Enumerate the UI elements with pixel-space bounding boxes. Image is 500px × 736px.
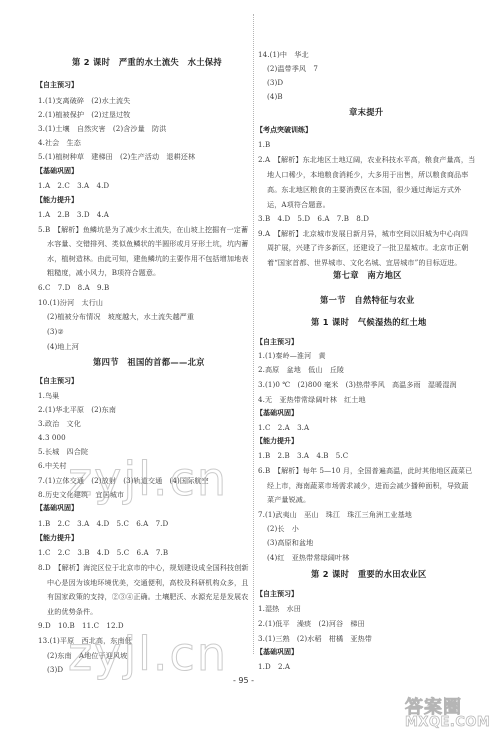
answer-line: 6.C 7.D 8.A 9.B: [38, 283, 109, 292]
answer-line: 1.B 2.C 3.A 4.D 5.C 6.A 7.D: [38, 519, 168, 528]
answer-line: 2.(1)植被保护 (2)过垦过牧: [38, 110, 130, 119]
answer-line: 3.(1)0 ℃ (2)800 毫米 (3)热带季风 高温多雨 湿暖湿润: [258, 380, 457, 389]
explanation-line: 8.D 【解析】海淀区位于北京市的中心，规划建设成全国科技创新: [38, 563, 249, 572]
answer-line: 1.湿热 水田: [258, 604, 301, 613]
watermark-logo-en: MXQE.COM: [405, 715, 490, 730]
chapter-review-title: 章末提升: [349, 107, 383, 118]
answer-line: 14.(1)中 华北: [258, 50, 309, 59]
explanation-line: 地人口稀少，本地粮食消耗少，大多用于出售，所以粮食商品率: [267, 170, 468, 179]
watermark-logo-cn: 答案圈: [405, 693, 462, 719]
answer-line: 3.政治 文化: [38, 419, 81, 428]
answer-line: 7.(1)武夷山 巫山 珠江 珠江三角洲工业基地: [258, 510, 412, 519]
explanation-line: 水，植树造林。由此可知，建鱼鳞坑的主要作用不包括增加地表: [47, 254, 248, 263]
lesson-title: 第 2 课时 重要的水田农业区: [311, 569, 427, 580]
answer-line: (4)地上河: [47, 342, 79, 351]
answer-line: 10.(1)汾河 太行山: [38, 298, 103, 307]
section-heading: 【考点突破训练】: [256, 126, 312, 135]
answer-line: (4)红 亚热带常绿阔叶林: [267, 553, 349, 562]
answer-line: 1.鸟巢: [38, 391, 59, 400]
explanation-line: 经上市，海南蔬菜市场需求减少，进而会减少播种面积，导致蔬: [267, 481, 468, 490]
answer-line: 1.B 2.B 3.A 4.B 5.C: [258, 451, 348, 460]
answer-line: (3)②: [47, 327, 64, 336]
section-heading: 【能力提升】: [36, 534, 78, 543]
answer-line: 6.中关村: [38, 461, 67, 470]
lesson-title: 第 2 课时 严重的水土流失 水土保持: [72, 57, 222, 68]
answer-line: 8.历史文化建筑 宜居城市: [38, 490, 124, 499]
explanation-line: 6.B 【解析】每年 5—10 月，全国普遍高温，此时其他地区蔬菜已: [258, 466, 472, 475]
answer-line: 3.(1)三熟 (2)水稻 柑橘 亚热带: [258, 634, 372, 643]
answer-line: 4.社会 生态: [38, 138, 81, 147]
column-divider: [253, 14, 254, 654]
section-heading: 【能力提升】: [256, 437, 298, 446]
answer-line: 1.A 2.B 3.D 4.A: [38, 210, 109, 219]
answer-line: 1.(1)秦岭—淮河 黄: [258, 351, 326, 360]
chapter-title: 第七章 南方地区: [333, 270, 402, 281]
section-title: 第一节 自然特征与农业: [320, 295, 415, 306]
page-number: - 95 -: [233, 676, 254, 685]
answer-line: 3.(1)土壤 自然灾害 (2)含沙量 防洪: [38, 124, 166, 133]
answer-line: (2)植被分布情况 坡度越大，水土流失越严重: [47, 312, 194, 321]
explanation-line: 2.A 【解析】东北地区土地辽阔，农业科技水平高，粮食产量高，当: [258, 155, 475, 164]
explanation-line: 5.B 【解析】鱼鳞坑是为了减少水土流失，在山坡上挖掘有一定蓄: [38, 225, 248, 234]
answer-line: 3.B 4.D 5.D 6.A 7.B 8.D: [258, 214, 369, 223]
answer-line: 1.C 2.C 3.B 4.D 5.C 6.A 7.B: [38, 548, 168, 557]
answer-line: (4)B: [267, 92, 283, 101]
explanation-line: 水容量、交错排列、类似鱼鳞状的半圆形或月牙形土坑，坑内蓄: [47, 239, 248, 248]
explanation-line: 菜产量锐减。: [267, 495, 310, 504]
explanation-line: 高。东北地区粮食的主要消费区在本国，很少通过海运方式外: [267, 185, 461, 194]
section-title: 第四节 祖国的首都——北京: [93, 357, 205, 368]
answer-line: 7.(1)立体交通 (2)放射 (3)轨道交通 (4)国际航空: [38, 476, 209, 485]
section-heading: 【能力提升】: [36, 196, 78, 205]
answer-line: 5.长城 四合院: [38, 447, 88, 456]
explanation-line: 中心是因为该地环境优美，交通便利，高校及科研机构众多，且: [47, 578, 248, 587]
answer-line: 2.(1)华北平原 (2)东南: [38, 405, 116, 414]
explanation-line: 有国家政策的支持，②③④正确。土壤肥沃、水源充足是发展农: [47, 592, 248, 601]
section-heading: 【自主预习】: [36, 81, 78, 90]
answer-line: 9.D 10.B 11.C 12.D: [38, 621, 124, 630]
explanation-line: 着“国家首都、世界城市、文化名城、宜居城市”的目标迈进。: [267, 258, 462, 267]
watermark-logo: 答案圈 MXQE.COM: [405, 693, 495, 733]
section-heading: 【基础巩固】: [256, 409, 298, 418]
explanation-line: 运，A项符合题意。: [267, 200, 330, 209]
explanation-line: 业的优势条件。: [47, 607, 97, 616]
answer-line: 5.(1)植树种草 建梯田 (2)生产活动 退耕还林: [38, 152, 195, 161]
answer-line: 1.B: [258, 140, 270, 149]
answer-line: 2.高原 盆地 低山 丘陵: [258, 365, 344, 374]
answer-line: 1.(1)支离破碎 (2)水土流失: [38, 96, 130, 105]
section-heading: 【自主预习】: [256, 590, 298, 599]
section-heading: 【基础巩固】: [256, 648, 298, 657]
lesson-title: 第 1 课时 气候湿热的红土地: [311, 317, 427, 328]
section-heading: 【自主预习】: [256, 338, 298, 347]
answer-line: (3)D: [47, 665, 63, 674]
explanation-line: 9.A 【解析】北京城市发展日新月异，城市空间以旧城为中心向四: [258, 229, 468, 238]
section-heading: 【基础巩固】: [36, 167, 78, 176]
answer-line: 1.D 2.A: [258, 662, 290, 671]
answer-line: 4.无 亚热带常绿阔叶林 红土地: [258, 395, 366, 404]
answer-line: 1.C 2.A 3.A: [258, 423, 309, 432]
answer-line: (3)高原和盆地: [267, 538, 313, 547]
answer-line: (2)长 小: [267, 524, 299, 533]
answer-line: (2)东南 A地位于迎风坡: [47, 651, 127, 660]
answer-line: 1.A 2.C 3.A 4.D: [38, 181, 109, 190]
answer-line: 2.(1)低平 澡痰 (2)河谷 梯田: [258, 619, 365, 628]
section-heading: 【自主预习】: [36, 377, 78, 386]
answer-line: 13.(1)平原 西北高，东南低: [38, 636, 132, 645]
explanation-line: 粗糙度，减小风力，B项符合题意。: [47, 268, 160, 277]
answer-line: 4.3 000: [38, 433, 66, 442]
section-heading: 【基础巩固】: [36, 504, 78, 513]
answer-line: (2)温带季风 7: [267, 64, 318, 73]
explanation-line: 周扩展，兴建了许多新区，还建设了一批卫星城市。北京市正朝: [267, 243, 468, 252]
answer-line: (3)D: [267, 78, 283, 87]
